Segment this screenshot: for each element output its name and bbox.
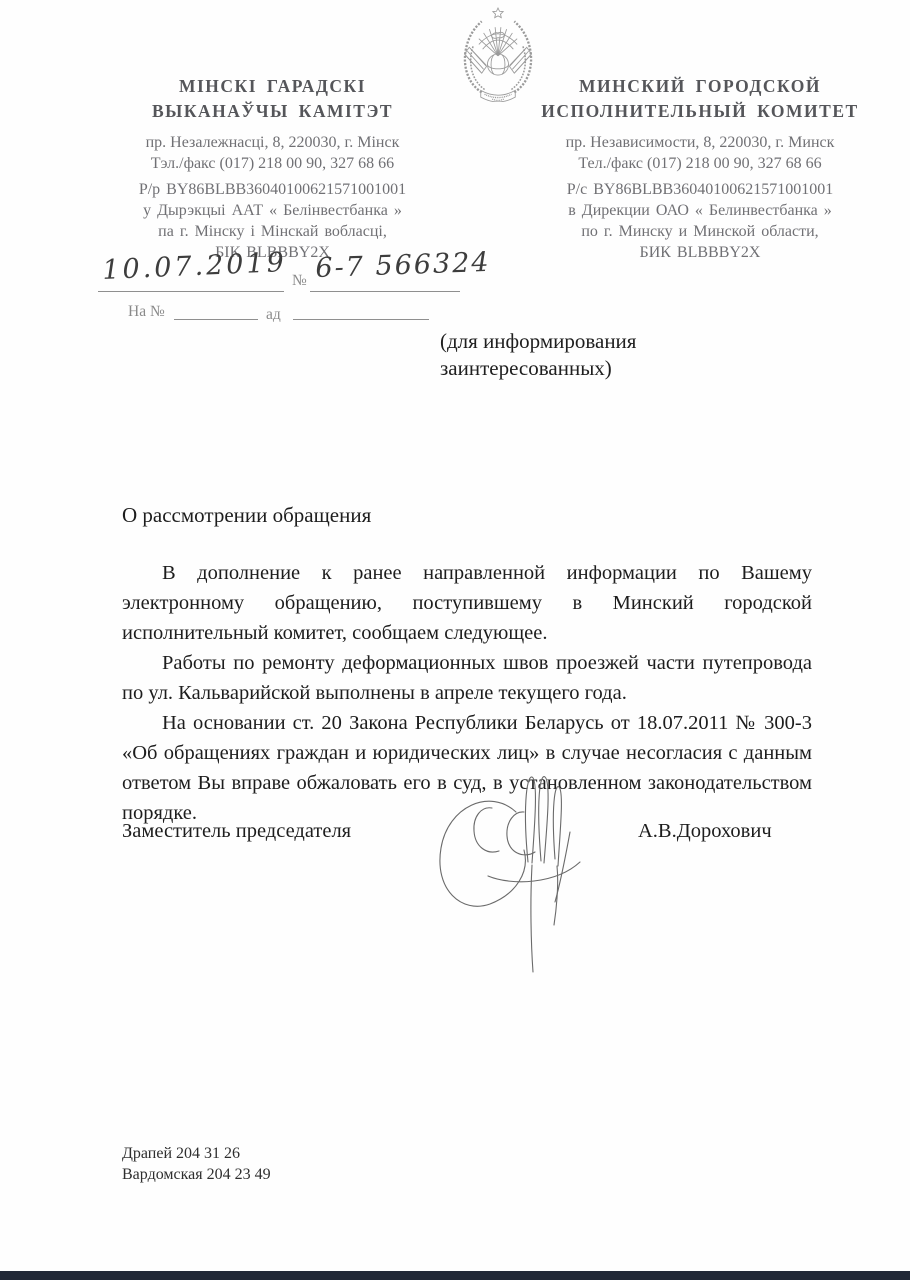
org-region-ru: по г. Минску и Минской области, <box>515 221 885 242</box>
org-phone-ru: Тел./факс (017) 218 00 90, 327 68 66 <box>515 153 885 174</box>
org-address-by: пр. Незалежнасці, 8, 220030, г. Мінск <box>95 132 450 153</box>
org-name-by-line1: МІНСКІ ГАРАДСКІ <box>95 74 450 99</box>
executor-contacts: Драпей 204 31 26 Вардомская 204 23 49 <box>122 1143 271 1185</box>
scan-edge-artifact <box>0 1271 910 1280</box>
org-bik-ru: БИК BLBBBY2X <box>515 242 885 263</box>
org-name-by-line2: ВЫКАНАЎЧЫ КАМІТЭТ <box>95 99 450 124</box>
org-account-ru: Р/с BY86BLBB36040100621571001001 <box>515 179 885 200</box>
org-name-ru-line2: ИСПОЛНИТЕЛЬНЫЙ КОМИТЕТ <box>515 99 885 124</box>
org-account-by: Р/р BY86BLBB36040100621571001001 <box>95 179 450 200</box>
org-bank-ru: в Дирекции ОАО « Белинвестбанка » <box>515 200 885 221</box>
body-paragraph-1: В дополнение к ранее направленной информ… <box>122 558 812 648</box>
letterhead-russian: МИНСКИЙ ГОРОДСКОЙ ИСПОЛНИТЕЛЬНЫЙ КОМИТЕТ… <box>515 74 885 263</box>
signer-title: Заместитель председателя <box>122 820 351 843</box>
org-name-ru-line1: МИНСКИЙ ГОРОДСКОЙ <box>515 74 885 99</box>
date-underline <box>98 260 284 292</box>
from-date-label: ад <box>266 306 281 324</box>
letterhead-belarusian: МІНСКІ ГАРАДСКІ ВЫКАНАЎЧЫ КАМІТЭТ пр. Не… <box>95 74 450 263</box>
executor-contact-1: Драпей 204 31 26 <box>122 1143 271 1164</box>
org-address-ru: пр. Независимости, 8, 220030, г. Минск <box>515 132 885 153</box>
scanned-letter-page: МІНСКІ ГАРАДСКІ ВЫКАНАЎЧЫ КАМІТЭТ пр. Не… <box>0 0 910 1280</box>
signer-name: А.В.Дорохович <box>638 820 772 843</box>
from-date-underline <box>293 300 429 320</box>
number-label: № <box>292 272 307 290</box>
org-bank-by: у Дырэкцыі ААТ « Белінвестбанка » <box>95 200 450 221</box>
handwritten-signature-icon <box>428 770 618 1000</box>
org-region-by: па г. Мінску і Мінскай вобласці, <box>95 221 450 242</box>
reply-to-label: На № <box>128 303 165 321</box>
number-underline <box>310 260 460 292</box>
body-paragraph-2: Работы по ремонту деформационных швов пр… <box>122 648 812 708</box>
subject-line: О рассмотрении обращения <box>122 503 371 528</box>
recipient-note: (для информирования заинтересованных) <box>440 328 745 382</box>
org-phone-by: Тэл./факс (017) 218 00 90, 327 68 66 <box>95 153 450 174</box>
reply-number-underline <box>174 300 258 320</box>
executor-contact-2: Вардомская 204 23 49 <box>122 1164 271 1185</box>
